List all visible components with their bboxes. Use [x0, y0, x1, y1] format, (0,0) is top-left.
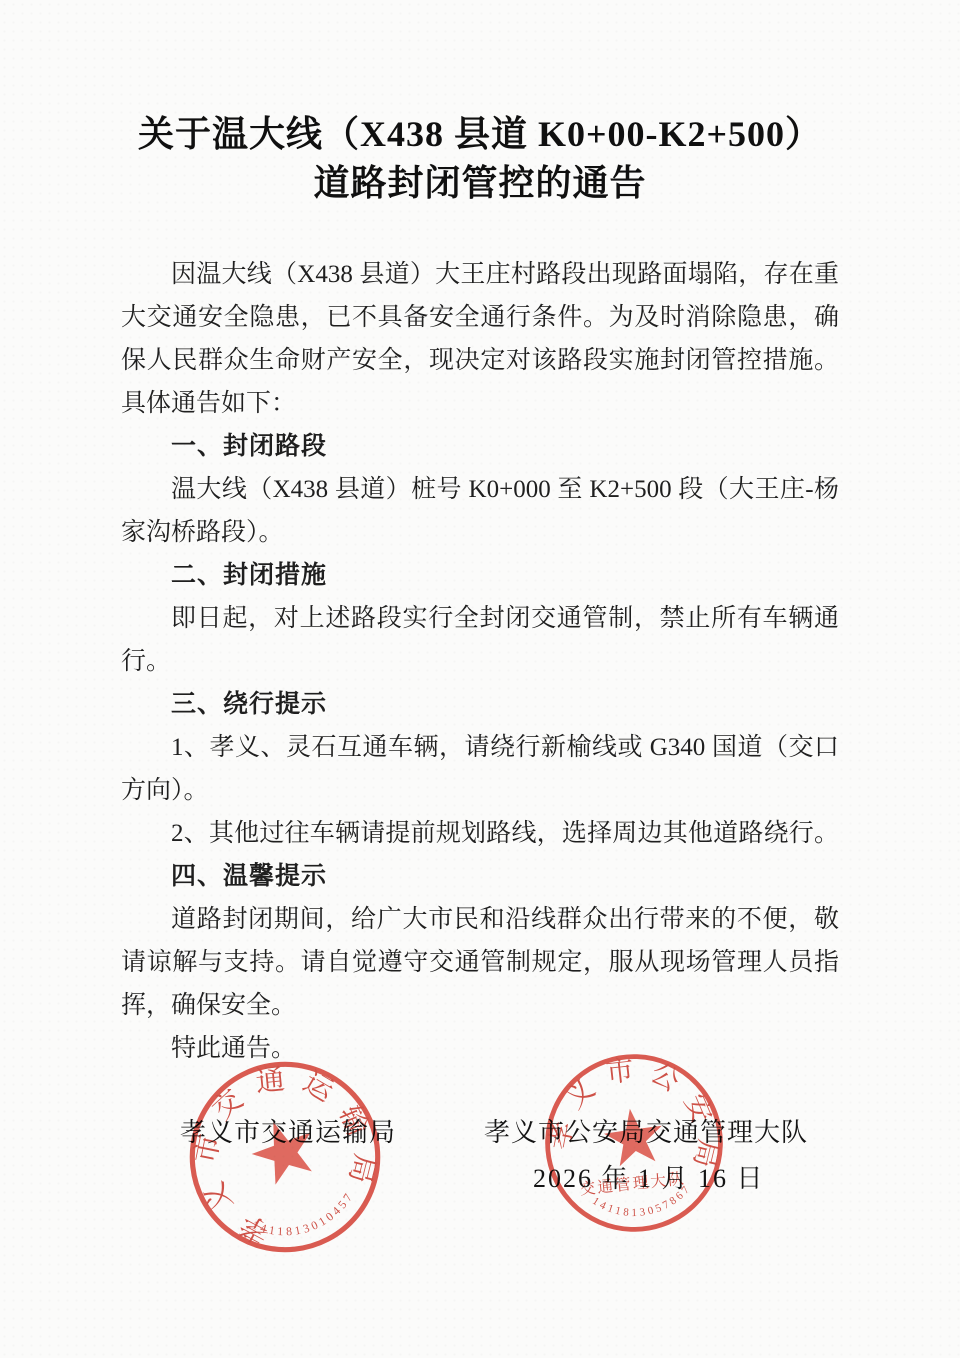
body-line: 即日起，对上述路段实行全封闭交通管制，禁止所有车辆通	[121, 597, 839, 640]
body-line: 具体通告如下：	[121, 382, 839, 425]
body-line: 道路封闭期间，给广大市民和沿线群众出行带来的不便，敬	[121, 898, 839, 941]
body-line: 大交通安全隐患，已不具备安全通行条件。为及时消除隐患，确	[121, 296, 839, 339]
section-heading-3: 三、绕行提示	[121, 683, 839, 726]
body-line: 家沟桥路段）。	[121, 511, 839, 554]
notice-body: 因温大线（X438 县道）大王庄村路段出现路面塌陷，存在重 大交通安全隐患，已不…	[121, 253, 839, 1070]
body-line: 保人民群众生命财产安全，现决定对该路段实施封闭管控措施。	[121, 339, 839, 382]
notice-document: { "document": { "title_line1": "关于温大线（X4…	[0, 0, 960, 1358]
section-heading-4: 四、温馨提示	[121, 855, 839, 898]
body-line: 因温大线（X438 县道）大王庄村路段出现路面塌陷，存在重	[121, 253, 839, 296]
body-line: 行。	[121, 640, 839, 683]
body-line: 挥，确保安全。	[121, 984, 839, 1027]
body-line: 请谅解与支持。请自觉遵守交通管制规定，服从现场管理人员指	[121, 941, 839, 984]
seal-star-icon	[244, 1111, 323, 1188]
section-heading-1: 一、封闭路段	[121, 425, 839, 468]
notice-title-line1: 关于温大线（X438 县道 K0+00-K2+500）	[0, 110, 960, 159]
seal-star-icon	[601, 1105, 667, 1168]
body-line: 2、其他过往车辆请提前规划路线，选择周边其他道路绕行。	[121, 812, 839, 855]
seal-ring-text: 孝义市公安局	[544, 1044, 734, 1183]
body-line: 1、孝义、灵石互通车辆，请绕行新榆线或 G340 国道（交口	[121, 726, 839, 769]
section-heading-2: 二、封闭措施	[121, 554, 839, 597]
notice-title: 关于温大线（X438 县道 K0+00-K2+500） 道路封闭管控的通告	[0, 110, 960, 208]
body-line: 温大线（X438 县道）桩号 K0+000 至 K2+500 段（大王庄-杨	[121, 468, 839, 511]
seal-inner-text: 交通管理大队	[579, 1170, 687, 1199]
transport-bureau-seal: 孝义市交通运输局 1411813010457	[172, 1044, 398, 1270]
notice-title-line2: 道路封闭管控的通告	[0, 159, 960, 208]
traffic-police-seal: 孝义市公安局 交通管理大队 1411813057867	[535, 1044, 734, 1243]
body-line: 方向）。	[121, 769, 839, 812]
